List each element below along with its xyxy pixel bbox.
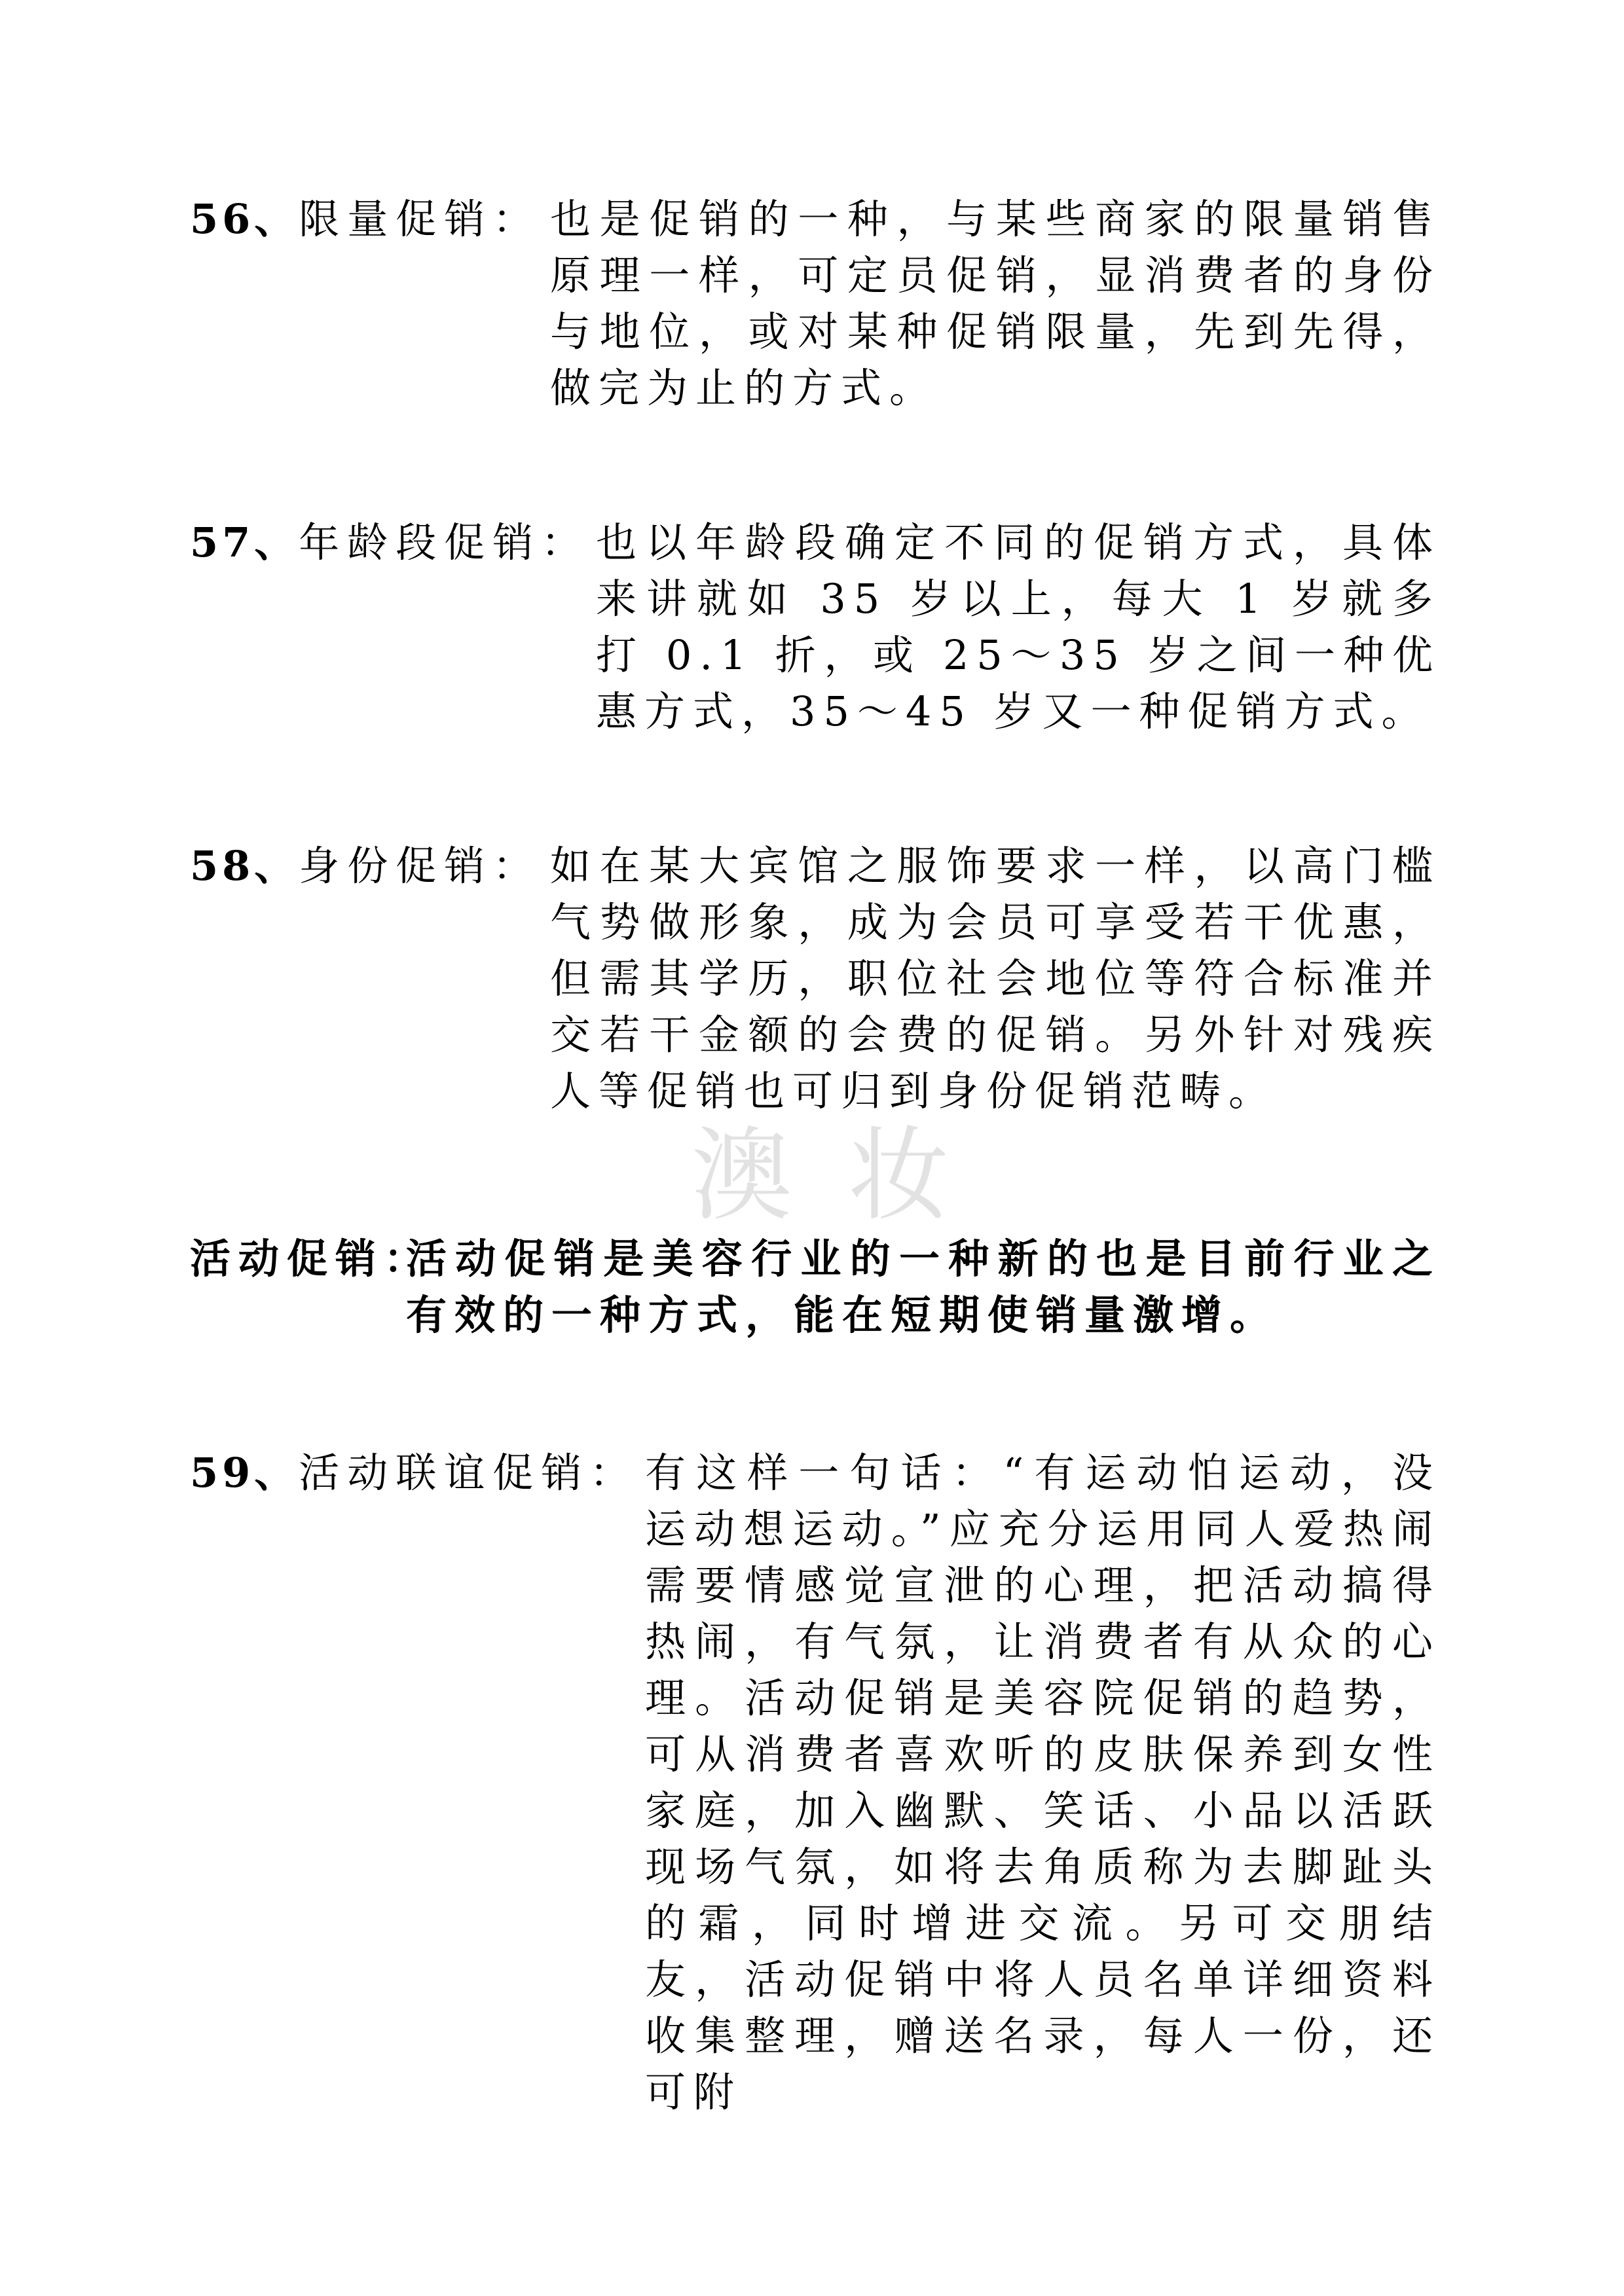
document-page: 澳妆 56、限量促销： 也是促销的一种，与某些商家的限量销售原理一样，可定员促销… <box>0 0 1624 2296</box>
item-label: 59、活动联谊促销： <box>190 1445 645 1501</box>
item-term: 活动促销： <box>190 1235 432 1283</box>
item-body: 也是促销的一种，与某些商家的限量销售原理一样，可定员促销，显消费者的身份与地位，… <box>550 191 1441 416</box>
item-label: 56、限量促销： <box>190 191 550 247</box>
item-number: 58、 <box>190 842 299 890</box>
list-item-58: 58、身份促销： 如在某大宾馆之服饰要求一样，以高门槛气势做形象，成为会员可享受… <box>190 838 1624 1120</box>
item-number: 59、 <box>190 1449 299 1497</box>
list-item-57: 57、年龄段促销： 也以年龄段确定不同的促销方式，具体来讲就如 35 岁以上，每… <box>190 515 1624 740</box>
item-label: 活动促销： <box>190 1231 406 1287</box>
list-item-56: 56、限量促销： 也是促销的一种，与某些商家的限量销售原理一样，可定员促销，显消… <box>190 191 1624 416</box>
item-body: 也以年龄段确定不同的促销方式，具体来讲就如 35 岁以上，每大 1 岁就多打 0… <box>596 515 1441 740</box>
item-label: 57、年龄段促销： <box>190 515 596 571</box>
item-number: 56、 <box>190 195 299 243</box>
item-body: 活动促销是美容行业的一种新的也是目前行业之有效的一种方式，能在短期使销量激增。 <box>406 1231 1441 1343</box>
item-number: 57、 <box>190 519 299 566</box>
item-term: 年龄段促销： <box>299 519 589 566</box>
item-label: 58、身份促销： <box>190 838 550 894</box>
item-term: 身份促销： <box>299 842 541 890</box>
list-item-59: 59、活动联谊促销： 有这样一句话：“有运动怕运动，没运动想运动。”应充分运用同… <box>190 1445 1624 2121</box>
item-body: 有这样一句话：“有运动怕运动，没运动想运动。”应充分运用同人爱热闹需要情感觉宣泄… <box>645 1445 1441 2121</box>
item-body: 如在某大宾馆之服饰要求一样，以高门槛气势做形象，成为会员可享受若干优惠，但需其学… <box>550 838 1441 1120</box>
list-item-activity-promo: 活动促销： 活动促销是美容行业的一种新的也是目前行业之有效的一种方式，能在短期使… <box>190 1231 1624 1343</box>
item-term: 限量促销： <box>299 195 541 243</box>
item-term: 活动联谊促销： <box>299 1449 638 1497</box>
